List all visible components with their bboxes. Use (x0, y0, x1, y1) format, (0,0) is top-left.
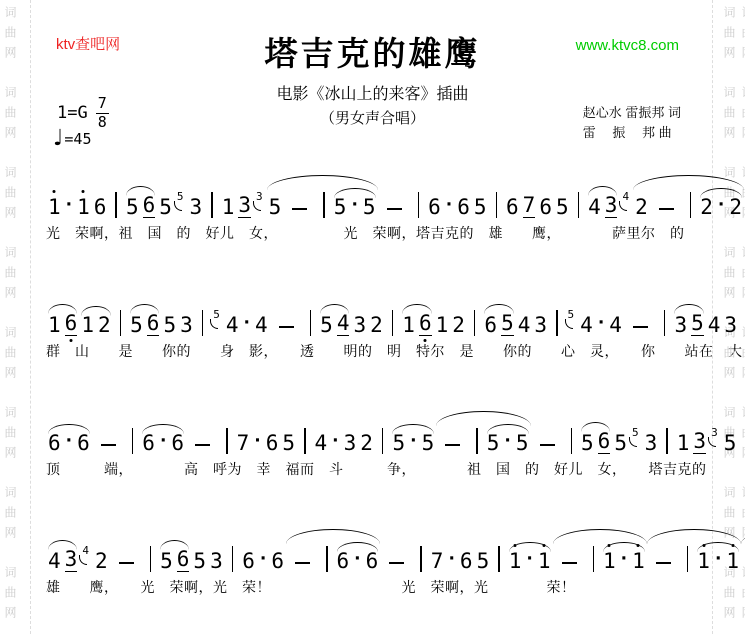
note: 6 (419, 313, 432, 336)
grace-note: 3 (711, 427, 718, 438)
note: 1 (603, 551, 616, 572)
dot-separator: · (66, 433, 72, 450)
note: 5 (581, 433, 594, 454)
barline (202, 310, 204, 336)
note: 5 (614, 433, 627, 454)
note: 3 (724, 315, 737, 336)
note: 3 (238, 195, 251, 218)
grace-note: 5 (177, 191, 184, 202)
slur-group: 5·5 (436, 428, 530, 454)
dot-separator: · (526, 551, 532, 568)
note-group: 32 (351, 310, 400, 336)
note: 2 (700, 197, 713, 218)
dash-note (195, 444, 210, 446)
barline (474, 310, 476, 336)
note: 6 (242, 551, 255, 572)
note: 6 (94, 197, 107, 218)
barline (132, 428, 134, 454)
note: 3 (65, 549, 78, 572)
note: 4 (708, 315, 721, 336)
note: 4 (255, 315, 268, 336)
note: 2 (95, 551, 108, 572)
slur-group: 16 (46, 313, 79, 336)
barline (496, 192, 498, 218)
barline (556, 310, 558, 336)
note: 3 (534, 315, 547, 336)
note: 5 (501, 313, 514, 336)
quarter-note-icon: ♩ (53, 126, 63, 151)
slur-group: 22·2 (633, 192, 744, 218)
tempo-value: =45 (64, 130, 91, 148)
barline (690, 192, 692, 218)
note-group: 1·16 (46, 192, 124, 218)
note: 1 (538, 551, 551, 572)
barline (578, 192, 580, 218)
note: 5 (516, 433, 529, 454)
dot-separator: · (446, 197, 452, 214)
barline (323, 192, 325, 218)
note: 1 (402, 315, 415, 336)
note: 3 (353, 315, 366, 336)
slur-group: 56 (579, 431, 612, 454)
barline (571, 428, 573, 454)
note: 6 (598, 431, 611, 454)
note: 1 (632, 551, 645, 572)
note: 6 (506, 197, 519, 218)
key-label: 1=G (57, 103, 88, 123)
note: 6 (171, 433, 184, 454)
note: 5 (556, 197, 569, 218)
note-group: 7·65 (380, 546, 506, 572)
note-group: 42 (79, 545, 158, 572)
dot-separator: · (160, 433, 166, 450)
slur-group: 43 (46, 549, 79, 572)
note: 2 (729, 197, 742, 218)
dash-note (562, 562, 577, 564)
dot-separator: · (260, 551, 266, 568)
dot-separator: · (66, 197, 72, 214)
note: 5 (163, 315, 176, 336)
note: 5 (282, 433, 295, 454)
barline (418, 192, 420, 218)
note: 1 (436, 315, 449, 336)
grace-note: 5 (568, 309, 575, 320)
barline (326, 546, 328, 572)
barline (211, 192, 213, 218)
grace-note: 3 (256, 191, 263, 202)
note: 4 (315, 433, 328, 454)
note: 3 (180, 315, 193, 336)
slur-group: 56 (124, 195, 157, 218)
note: 6 (366, 551, 379, 572)
dot-separator: · (448, 551, 454, 568)
dash-note (656, 562, 671, 564)
note: 5 (159, 197, 172, 218)
note: 5 (691, 313, 704, 336)
dot-separator: · (621, 551, 627, 568)
slur-group: 1·1 (741, 546, 745, 572)
slur-group: 1·1 (695, 551, 741, 572)
barline (120, 310, 122, 336)
tempo-marking: ♩ =45 (53, 126, 91, 151)
note: 4 (609, 315, 622, 336)
note: 5 (126, 197, 139, 218)
slur-group: 6·6 (140, 433, 186, 454)
note: 6 (457, 197, 470, 218)
barline (687, 546, 689, 572)
dash-note (540, 444, 555, 446)
slur-group: 12 (79, 315, 112, 336)
note: 6 (142, 433, 155, 454)
dash-note (659, 208, 674, 210)
note-group: 7·654·32 (186, 428, 390, 454)
grace-note: 4 (82, 545, 89, 556)
note: 3 (674, 315, 687, 336)
dot-separator: · (351, 197, 357, 214)
note: 3 (605, 195, 618, 218)
barline (664, 310, 666, 336)
note: 2 (635, 197, 648, 218)
note: 5 (160, 551, 173, 572)
slur-group: 35 (672, 313, 705, 336)
meter-fraction: 7 8 (96, 96, 109, 131)
note-group: 553133 (157, 191, 266, 218)
note: 6 (143, 195, 156, 218)
slur-group: 5·5 (332, 197, 378, 218)
note: 6 (460, 551, 473, 572)
note: 7 (237, 433, 250, 454)
slur-group: 54 (318, 313, 351, 336)
note-group (531, 428, 580, 454)
slur-group: 2·2 (698, 197, 744, 218)
slur-group: 55·5 (267, 192, 378, 218)
dot-separator: · (598, 315, 604, 332)
meter-numerator: 7 (98, 96, 107, 112)
note: 2 (360, 433, 373, 454)
note: 6 (48, 433, 61, 454)
barline (226, 428, 228, 454)
lyric-line: 光 荣啊，祖 国 的 好儿 女， 光 荣啊，塔吉克的 雄 鹰， 萨里尔 的 (46, 223, 701, 243)
note: 5 (334, 197, 347, 218)
note: 5 (474, 197, 487, 218)
sheet-music-page: 词曲网 词曲网 词曲网 词曲网 词曲网 词曲网 词曲网 词曲网 词曲网 词曲网 … (0, 0, 745, 634)
slur-group: 1·1 (647, 546, 741, 572)
note: 3 (344, 433, 357, 454)
note-group: 6·656765 (378, 192, 587, 218)
dot-separator: · (254, 433, 260, 450)
note: 6 (484, 315, 497, 336)
note: 1 (677, 433, 690, 454)
barline (666, 428, 668, 454)
note: 1 (48, 315, 61, 336)
slur-group: 1·1 (507, 551, 553, 572)
dash-note (633, 326, 648, 328)
dash-note (389, 562, 404, 564)
grace-note: 5 (213, 309, 220, 320)
dot-separator: · (504, 433, 510, 450)
note: 5 (487, 433, 500, 454)
slur-group: 5·5 (390, 433, 436, 454)
note-group: 12 (434, 310, 483, 336)
grace-note: 5 (632, 427, 639, 438)
note: 2 (452, 315, 465, 336)
note-group: 4354·4 (516, 309, 673, 336)
barline (420, 546, 422, 572)
note: 5 (193, 551, 206, 572)
note: 3 (693, 431, 706, 454)
note: 4 (226, 315, 239, 336)
barline (593, 546, 595, 572)
slur-group: 6·6 (46, 433, 92, 454)
note-group (92, 428, 141, 454)
note: 5 (724, 433, 737, 454)
note: 6 (337, 551, 350, 572)
note-row: 1·165655313355·56·65676543422·22532 (46, 152, 701, 218)
dash-note (295, 562, 310, 564)
dot-separator: · (332, 433, 338, 450)
dot-separator: · (715, 551, 721, 568)
slur-group: 16 (400, 313, 433, 336)
note: 4 (588, 197, 601, 218)
note: 1 (222, 197, 235, 218)
barline (115, 192, 117, 218)
lyric-line: 雄 鹰， 光 荣啊，光 荣！ 光 荣啊，光 荣！ (46, 577, 701, 597)
note: 6 (147, 313, 160, 336)
note: 6 (65, 313, 78, 336)
meter-denominator: 8 (98, 115, 107, 131)
dash-note (387, 208, 402, 210)
note: 4 (518, 315, 531, 336)
note: 1 (48, 197, 61, 218)
dot-separator: · (244, 315, 250, 332)
barline (392, 310, 394, 336)
slur-group: 5·5 (485, 433, 531, 454)
site-link-right[interactable]: www.ktvc8.com (576, 37, 679, 54)
note: 6 (271, 551, 284, 572)
system-3: 6·66·67·654·325·55·55655313356765顶 端， 高 … (46, 388, 701, 479)
dot-separator: · (354, 551, 360, 568)
note-row: 434256536·66·67·651·11·11·11·1 (46, 506, 701, 572)
dash-note (119, 562, 134, 564)
dash-note (101, 444, 116, 446)
slur-group: 56 (128, 313, 161, 336)
note: 3 (190, 197, 203, 218)
note: 5 (320, 315, 333, 336)
header: ktv查吧网 塔吉克的雄鹰 www.ktvc8.com 电影《冰山上的来客》插曲… (0, 0, 745, 152)
slur-group: 1·1 (553, 546, 647, 572)
credits: 赵心水 雷振邦 词 雷 振 邦 曲 (583, 103, 681, 143)
note: 6 (177, 549, 190, 572)
credit-composer: 雷 振 邦 曲 (583, 123, 681, 143)
note-row: 1612565354·454321612654354·435432132 (46, 270, 701, 336)
note: 2 (98, 315, 111, 336)
barline (310, 310, 312, 336)
note-group: 536·6 (191, 546, 286, 572)
slur-group: 6·6 (286, 546, 380, 572)
note-group: 43 (706, 310, 745, 336)
dash-note (292, 208, 307, 210)
lyric-line: 群 山 是 你的 身 影， 透 明的 明 特尔 是 你的 心 灵， 你 站在 大… (46, 341, 701, 361)
note: 1 (697, 551, 710, 572)
note: 6 (539, 197, 552, 218)
note-group: 5354·4 (161, 309, 318, 336)
barline (498, 546, 500, 572)
note: 6 (77, 433, 90, 454)
note: 7 (431, 551, 444, 572)
barline (476, 428, 478, 454)
barline (150, 546, 152, 572)
dot-separator: · (410, 433, 416, 450)
system-2: 1612565354·454321612654354·435432132群 山 … (46, 270, 701, 361)
note: 5 (363, 197, 376, 218)
slur-group: 1·1 (601, 551, 647, 572)
note: 2 (370, 315, 383, 336)
note-group: 4 (619, 191, 633, 218)
note-group: 55313356765 (612, 427, 745, 454)
note: 4 (580, 315, 593, 336)
note: 7 (523, 195, 536, 218)
system-4: 434256536·66·67·651·11·11·11·1雄 鹰， 光 荣啊，… (46, 506, 701, 597)
note: 5 (477, 551, 490, 572)
barline (382, 428, 384, 454)
score: 1·165655313355·56·65676543422·22532光 荣啊，… (46, 152, 701, 597)
slur-group: 43 (586, 195, 619, 218)
note-group (113, 310, 129, 336)
slur-group: 6·6 (335, 551, 381, 572)
note: 5 (269, 197, 282, 218)
note: 1 (81, 315, 94, 336)
lyric-line: 顶 端， 高 呼为 幸 福而 斗 争， 祖 国 的 好儿 女， 塔吉克的 (46, 459, 701, 479)
barline (232, 546, 234, 572)
note: 1 (509, 551, 522, 572)
note: 3 (210, 551, 223, 572)
barline (304, 428, 306, 454)
note: 5 (422, 433, 435, 454)
note-row: 6·66·67·654·325·55·55655313356765 (46, 388, 701, 454)
dash-note (279, 326, 294, 328)
note: 6 (266, 433, 279, 454)
grace-note: 4 (622, 191, 629, 202)
note: 3 (645, 433, 658, 454)
dash-note (445, 444, 460, 446)
note: 6 (428, 197, 441, 218)
note: 5 (392, 433, 405, 454)
system-1: 1·165655313355·56·65676543422·22532光 荣啊，… (46, 152, 701, 243)
note: 5 (130, 315, 143, 336)
note: 4 (48, 551, 61, 572)
credit-lyricist: 赵心水 雷振邦 词 (583, 103, 681, 123)
slur-group: 56 (158, 549, 191, 572)
dot-separator: · (718, 197, 724, 214)
note: 1 (77, 197, 90, 218)
song-subtitle: 电影《冰山上的来客》插曲 (0, 81, 745, 104)
slur-group: 65 (482, 313, 515, 336)
note: 1 (726, 551, 739, 572)
note: 4 (337, 313, 350, 336)
